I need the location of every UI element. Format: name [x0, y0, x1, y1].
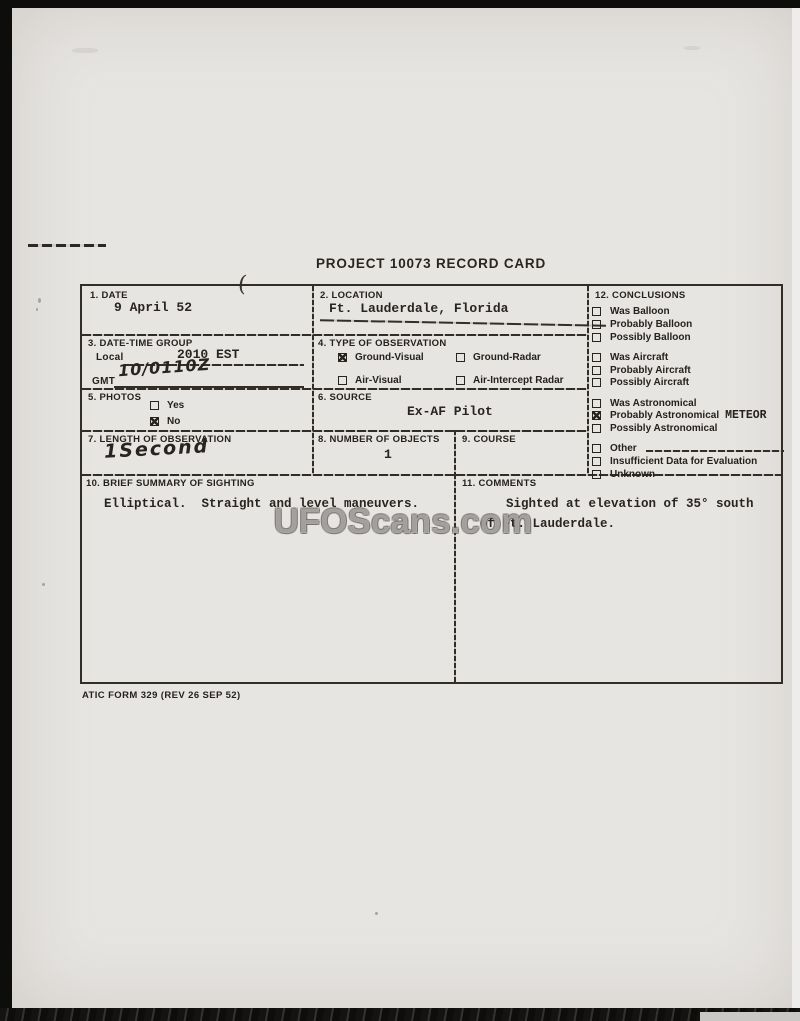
grid-line — [454, 474, 456, 684]
photos-label: 5. PHOTOS — [88, 392, 141, 403]
conclusions-list: Was Balloon Probably Balloon Possibly Ba… — [592, 306, 784, 482]
grid-line — [587, 286, 589, 474]
checkbox-icon — [592, 457, 601, 466]
conclusion-label: Was Astronomical — [610, 398, 697, 409]
conclusion-label: Probably Balloon — [610, 319, 692, 330]
conclusion-possibly-astronomical: Possibly Astronomical — [592, 423, 784, 434]
gmt-time-label: GMT — [92, 376, 115, 387]
checkbox-icon — [592, 444, 601, 453]
scan-speck — [375, 912, 378, 915]
scan-smudge — [72, 48, 98, 53]
number-of-objects-label: 8. NUMBER OF OBJECTS — [318, 434, 440, 445]
gmt-time-fill-line — [114, 386, 304, 388]
type-of-observation-label: 4. TYPE OF OBSERVATION — [318, 338, 447, 349]
conclusion-possibly-aircraft: Possibly Aircraft — [592, 377, 784, 388]
date-value: 9 April 52 — [114, 300, 192, 315]
source-label: 6. SOURCE — [318, 392, 372, 403]
checkbox-icon — [456, 353, 465, 362]
conclusion-label: Was Balloon — [610, 306, 670, 317]
grid-line — [82, 430, 587, 432]
comments-value: Sighted at elevation of 35° south of Ft.… — [480, 494, 772, 534]
summary-value: Elliptical. Straight and level maneuvers… — [104, 496, 440, 513]
option-label: Air-Visual — [355, 375, 402, 386]
page-title: PROJECT 10073 RECORD CARD — [281, 256, 581, 271]
option-air-intercept-radar: Air-Intercept Radar — [456, 375, 582, 386]
checkbox-icon — [592, 333, 601, 342]
grid-line — [454, 430, 456, 474]
scan-smudge — [684, 46, 700, 50]
checkbox-icon — [592, 366, 601, 375]
scan-speck — [36, 308, 38, 311]
source-value: Ex-AF Pilot — [407, 404, 493, 419]
checkbox-checked-icon — [150, 417, 159, 426]
photos-options: Yes No — [150, 400, 184, 427]
location-underline — [320, 319, 606, 326]
paper-right-edge — [792, 8, 800, 1008]
conclusion-label: Probably Aircraft — [610, 365, 691, 376]
conclusion-probably-aircraft: Probably Aircraft — [592, 365, 784, 376]
conclusions-label: 12. CONCLUSIONS — [595, 290, 686, 301]
checkbox-icon — [456, 376, 465, 385]
grid-line — [82, 334, 587, 336]
other-fill-line — [646, 450, 784, 452]
checkbox-icon — [338, 376, 347, 385]
conclusion-unknown: Unknown — [592, 469, 784, 480]
course-label: 9. COURSE — [462, 434, 516, 445]
checkbox-icon — [150, 401, 159, 410]
scanned-document-page: ( PROJECT 10073 RECORD CARD 1. DATE 9 Ap… — [0, 0, 800, 1021]
form-number-footer: ATIC FORM 329 (REV 26 SEP 52) — [82, 690, 241, 701]
grid-line — [82, 388, 587, 390]
checkbox-icon — [592, 424, 601, 433]
conclusion-label: Possibly Balloon — [610, 332, 691, 343]
length-of-observation-value-handwritten: 1Second — [103, 435, 209, 462]
option-label: No — [167, 416, 180, 427]
type-of-observation-options: Ground-Visual Ground-Radar Air-Visual Ai… — [338, 352, 582, 386]
conclusion-was-aircraft: Was Aircraft — [592, 352, 784, 363]
option-photos-yes: Yes — [150, 400, 184, 411]
conclusion-annotation-meteor: METEOR — [725, 410, 766, 421]
checkbox-checked-icon — [338, 353, 347, 362]
option-label: Air-Intercept Radar — [473, 375, 564, 386]
conclusion-label: Unknown — [610, 469, 655, 480]
gmt-time-value-handwritten: 10/0110Z — [117, 355, 210, 380]
checkbox-icon — [592, 353, 601, 362]
option-photos-no: No — [150, 416, 184, 427]
option-label: Yes — [167, 400, 184, 411]
option-air-visual: Air-Visual — [338, 375, 456, 386]
paper-sheet: ( PROJECT 10073 RECORD CARD 1. DATE 9 Ap… — [12, 8, 800, 1008]
option-label: Ground-Visual — [355, 352, 424, 363]
conclusion-probably-astronomical: Probably Astronomical METEOR — [592, 410, 784, 421]
conclusion-was-astronomical: Was Astronomical — [592, 398, 784, 409]
record-card: 1. DATE 9 April 52 2. LOCATION Ft. Laude… — [80, 284, 783, 684]
scan-speck — [38, 298, 41, 303]
scan-speck — [42, 583, 45, 586]
number-of-objects-value: 1 — [384, 447, 392, 462]
option-label: Ground-Radar — [473, 352, 541, 363]
grid-line — [312, 286, 314, 474]
conclusion-label: Insufficient Data for Evaluation — [610, 456, 757, 467]
conclusion-label: Other — [610, 443, 637, 454]
checkbox-checked-icon — [592, 411, 601, 420]
conclusion-was-balloon: Was Balloon — [592, 306, 784, 317]
scan-bottom-corner — [700, 1012, 800, 1021]
option-ground-visual: Ground-Visual — [338, 352, 456, 363]
checkbox-icon — [592, 320, 601, 329]
conclusion-label: Possibly Aircraft — [610, 377, 689, 388]
summary-label: 10. BRIEF SUMMARY OF SIGHTING — [86, 478, 255, 489]
scan-bottom-edge — [0, 1008, 800, 1021]
conclusion-label: Probably Astronomical — [610, 410, 719, 421]
conclusion-label: Was Aircraft — [610, 352, 668, 363]
comments-label: 11. COMMENTS — [462, 478, 536, 489]
stray-dash-mark — [28, 244, 106, 247]
checkbox-icon — [592, 399, 601, 408]
checkbox-icon — [592, 470, 601, 479]
checkbox-icon — [592, 307, 601, 316]
conclusion-probably-balloon: Probably Balloon — [592, 319, 784, 330]
location-label: 2. LOCATION — [320, 290, 383, 301]
conclusion-label: Possibly Astronomical — [610, 423, 717, 434]
checkbox-icon — [592, 378, 601, 387]
conclusion-insufficient-data: Insufficient Data for Evaluation — [592, 456, 784, 467]
location-value: Ft. Lauderdale, Florida — [329, 301, 508, 316]
conclusion-possibly-balloon: Possibly Balloon — [592, 332, 784, 343]
conclusion-other: Other — [592, 443, 784, 454]
option-ground-radar: Ground-Radar — [456, 352, 582, 363]
